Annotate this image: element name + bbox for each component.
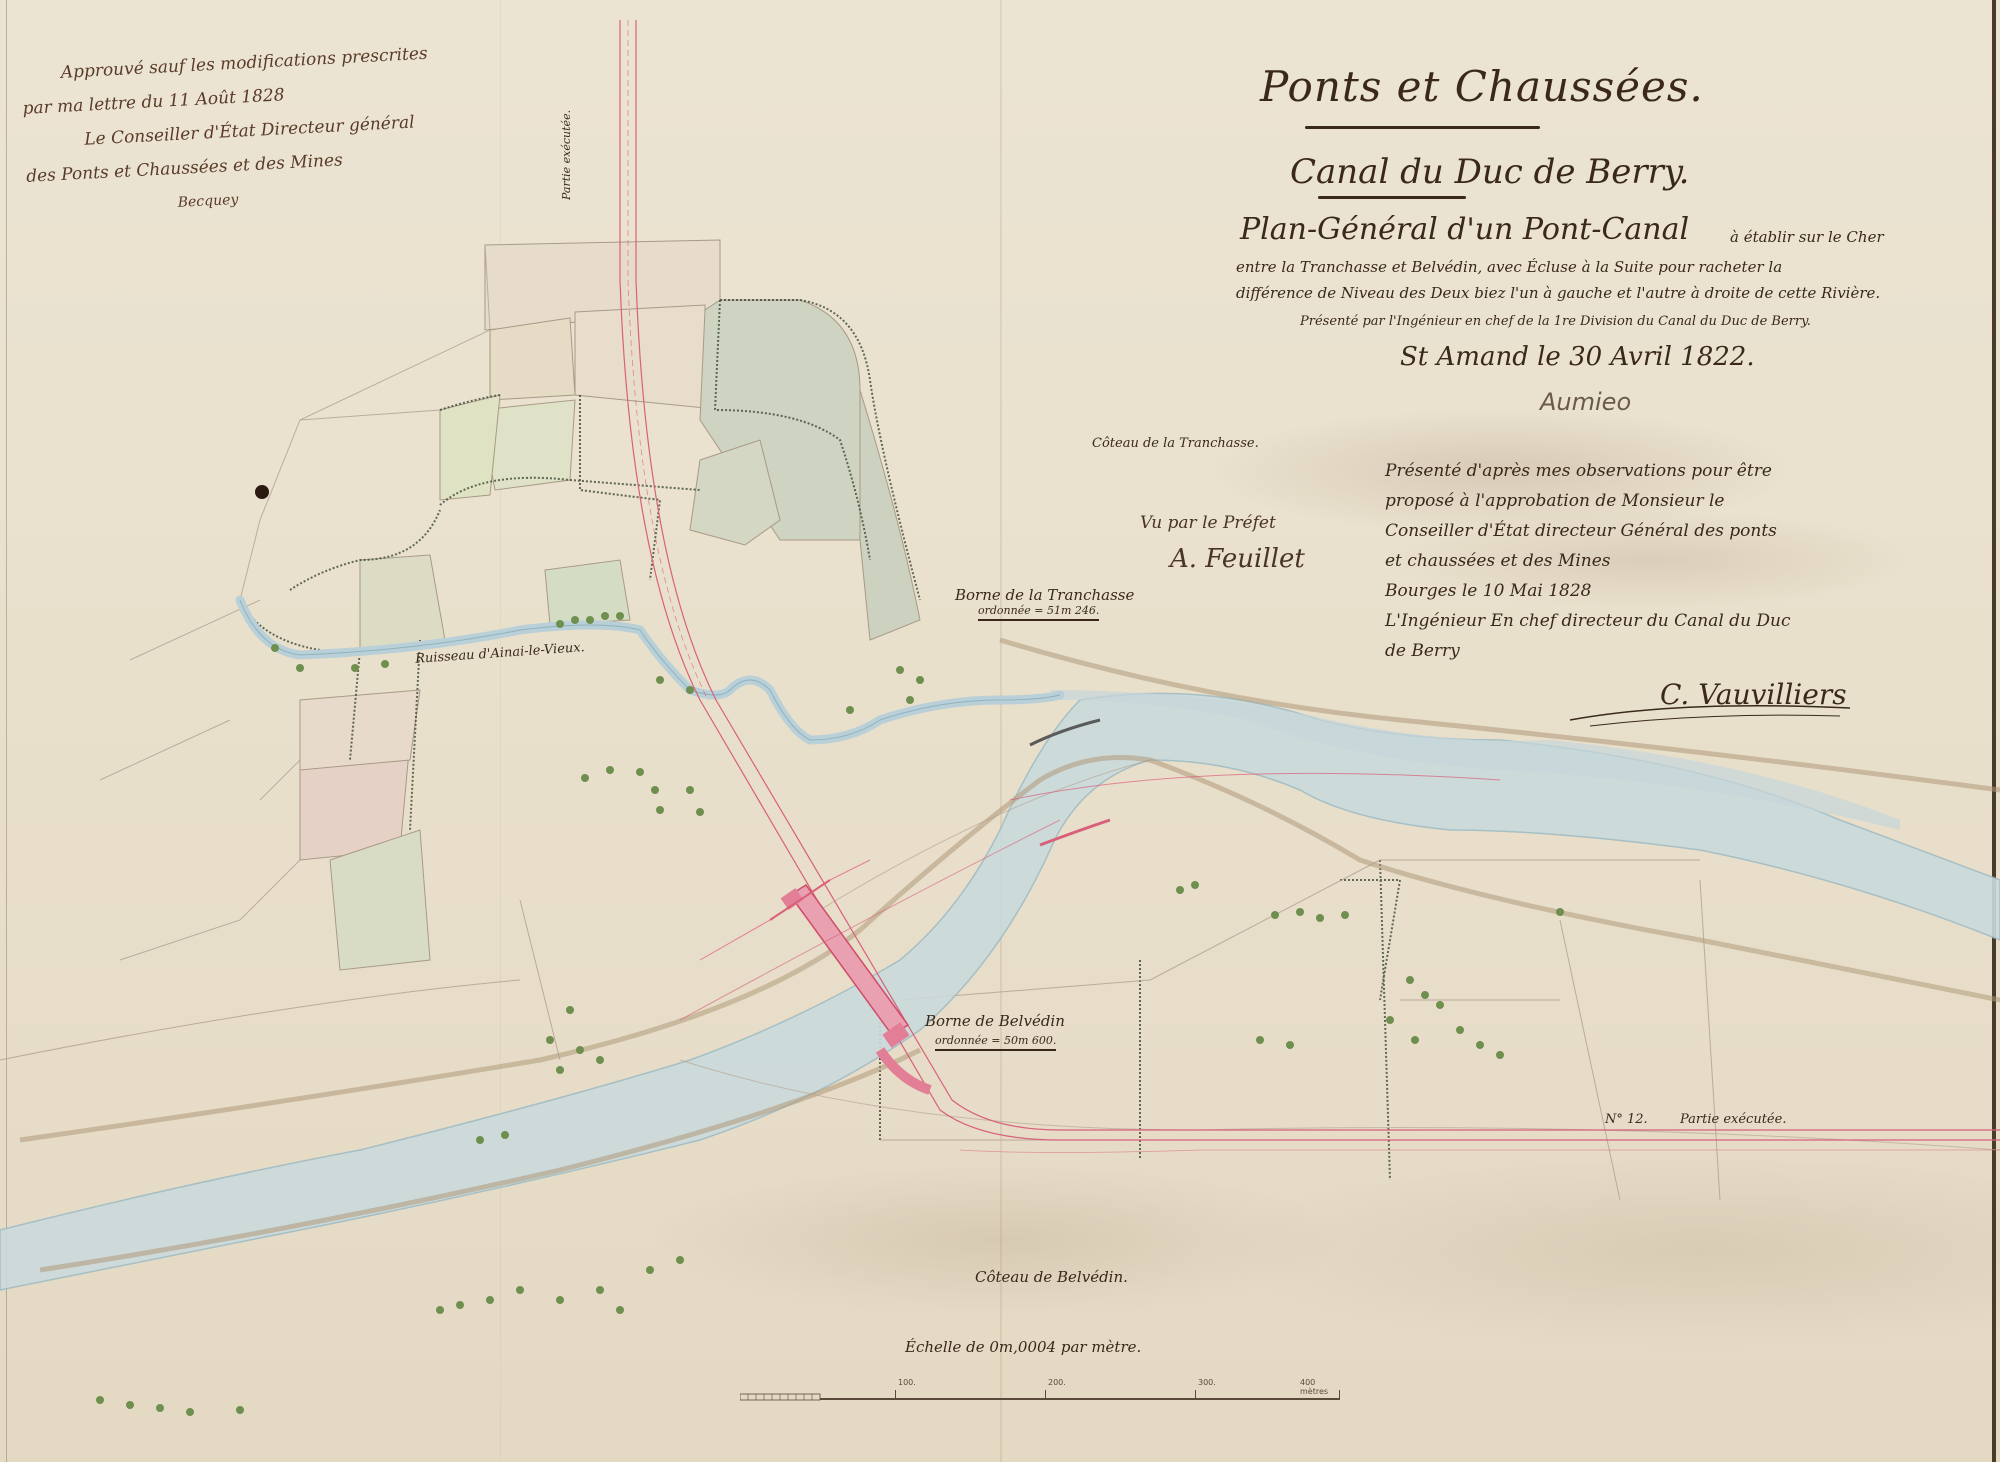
approval-line: L'Ingénieur En chef directeur du Canal d… xyxy=(1385,606,1791,636)
approval-note-top-left: Approuvé sauf les modifications prescrit… xyxy=(20,37,436,228)
signature-flourish xyxy=(1560,690,1860,730)
subtitle-canal: Canal du Duc de Berry. xyxy=(1290,152,1689,192)
label-borne-belvedin: Borne de Belvédin xyxy=(925,1012,1065,1030)
label-partie-executee-right: Partie exécutée. xyxy=(1680,1112,1786,1127)
map-sheet: Ponts et Chaussées. Canal du Duc de Berr… xyxy=(0,0,2000,1462)
scale-tick xyxy=(1195,1390,1196,1400)
label-coteau-belvedin: Côteau de Belvédin. xyxy=(975,1268,1128,1286)
scale-tick-label: 200. xyxy=(1048,1378,1066,1387)
scale-subdivisions xyxy=(740,1390,822,1402)
plan-line-3: différence de Niveau des Deux biez l'un … xyxy=(1236,284,1880,302)
scale-tick-label: 300. xyxy=(1198,1378,1216,1387)
visa-line: Vu par le Préfet xyxy=(1140,505,1305,541)
place-date: St Amand le 30 Avril 1822. xyxy=(1400,342,1755,372)
approval-line: Présenté d'après mes observations pour ê… xyxy=(1385,456,1791,486)
label-borne-belvedin-ordonnee: ordonnée = 50m 600. xyxy=(935,1034,1056,1051)
visa-signature: A. Feuillet xyxy=(1140,541,1305,577)
author-signature: Aumieo xyxy=(1540,388,1631,416)
field-parcels xyxy=(300,240,920,970)
scale-tick xyxy=(1045,1390,1046,1400)
approval-line: de Berry xyxy=(1385,636,1791,666)
title-rule-2 xyxy=(1318,196,1466,199)
plan-line-2: entre la Tranchasse et Belvédin, avec Éc… xyxy=(1236,258,1782,276)
engineer-approval-block: Présenté d'après mes observations pour ê… xyxy=(1385,456,1791,666)
approval-line: et chaussées et des Mines xyxy=(1385,546,1791,576)
prefect-visa: Vu par le Préfet A. Feuillet xyxy=(1140,505,1305,577)
map-drawing xyxy=(0,0,2000,1462)
scale-bar-line xyxy=(820,1398,1340,1400)
approval-line: Conseiller d'État directeur Général des … xyxy=(1385,516,1791,546)
ink-blot xyxy=(255,485,269,499)
title-ponts-et-chaussees: Ponts et Chaussées. xyxy=(1260,62,1704,111)
plan-line-1: à établir sur le Cher xyxy=(1730,228,1884,246)
label-numero: N° 12. xyxy=(1605,1112,1648,1127)
label-coteau-tranchasse: Côteau de la Tranchasse. xyxy=(1092,436,1259,451)
title-rule-1 xyxy=(1305,126,1540,129)
label-echelle: Échelle de 0m,0004 par mètre. xyxy=(905,1338,1141,1356)
plan-line-4: Présenté par l'Ingénieur en chef de la 1… xyxy=(1300,314,1811,329)
scale-tick-label: 100. xyxy=(898,1378,916,1387)
scale-tick xyxy=(895,1390,896,1400)
approval-line: Bourges le 10 Mai 1828 xyxy=(1385,576,1791,606)
plan-heading: Plan-Général d'un Pont-Canal xyxy=(1240,212,1689,247)
scale-tick-label: 400 mètres xyxy=(1300,1378,1340,1396)
label-borne-tranchasse: Borne de la Tranchasse xyxy=(955,586,1134,604)
label-partie-executee-top: Partie exécutée. xyxy=(560,110,573,200)
scale-bar: 100. 200. 300. 400 mètres xyxy=(740,1390,1340,1402)
label-borne-tranchasse-ordonnee: ordonnée = 51m 246. xyxy=(978,604,1099,621)
approval-line: proposé à l'approbation de Monsieur le xyxy=(1385,486,1791,516)
